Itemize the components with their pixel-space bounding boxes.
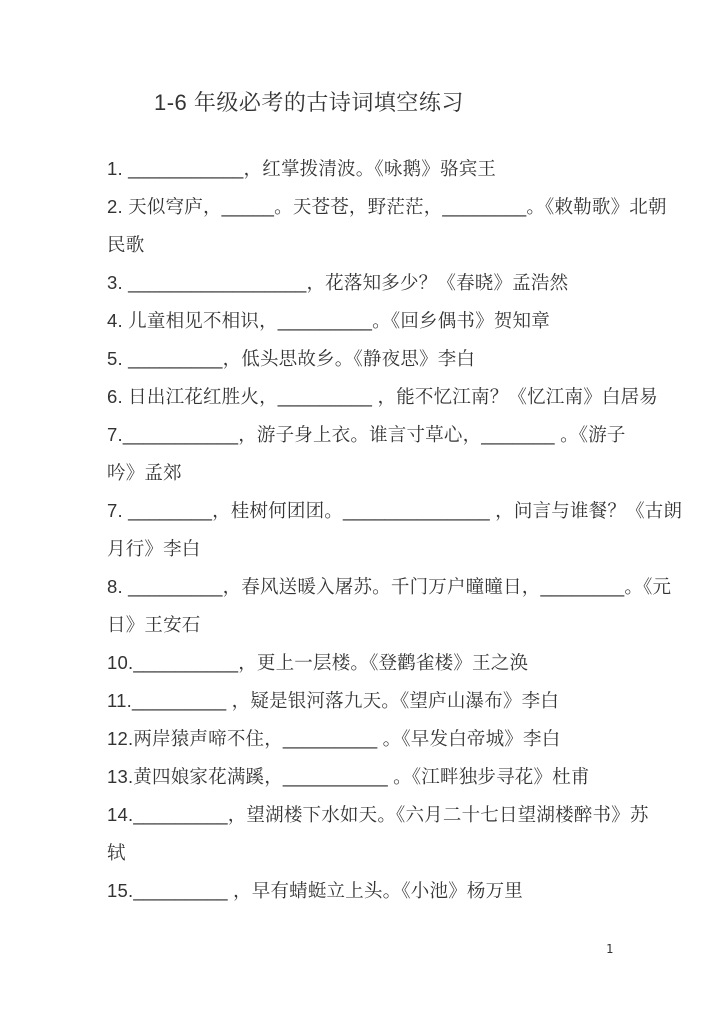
exercise-line: 3. _________________，花落知多少？《春晓》孟浩然 [107, 264, 637, 302]
exercise-item: 13.黄四娘家花满蹊，__________ 。《江畔独步寻花》杜甫 [107, 758, 637, 796]
exercise-item: 1. ___________，红掌拨清波。《咏鹅》骆宾王 [107, 150, 637, 188]
exercise-item: 5. _________，低头思故乡。《静夜思》李白 [107, 340, 637, 378]
exercise-line: 14._________，望湖楼下水如天。《六月二十七日望湖楼醉书》苏 [107, 796, 637, 834]
document-page: 1-6 年级必考的古诗词填空练习 1. ___________，红掌拨清波。《咏… [0, 0, 724, 1024]
page-title: 1-6 年级必考的古诗词填空练习 [154, 88, 464, 118]
exercise-line: 7.___________，游子身上衣。谁言寸草心，_______ 。《游子 [107, 416, 637, 454]
exercise-item: 7.___________，游子身上衣。谁言寸草心，_______ 。《游子吟》… [107, 416, 637, 492]
exercise-list: 1. ___________，红掌拨清波。《咏鹅》骆宾王2. 天似穹庐，____… [107, 150, 637, 910]
exercise-item: 12.两岸猿声啼不住，_________ 。《早发白帝城》李白 [107, 720, 637, 758]
exercise-line: 13.黄四娘家花满蹊，__________ 。《江畔独步寻花》杜甫 [107, 758, 637, 796]
exercise-item: 15._________ ，早有蜻蜓立上头。《小池》杨万里 [107, 872, 637, 910]
exercise-item: 6. 日出江花红胜火，_________ ，能不忆江南？《忆江南》白居易 [107, 378, 637, 416]
exercise-line: 8. _________，春风送暖入屠苏。千门万户曈曈日，________。《元 [107, 568, 637, 606]
exercise-item: 2. 天似穹庐，_____。天苍苍，野茫茫，________。《敕勒歌》北朝民歌 [107, 188, 637, 264]
exercise-line: 2. 天似穹庐，_____。天苍苍，野茫茫，________。《敕勒歌》北朝 [107, 188, 637, 226]
exercise-item: 14._________，望湖楼下水如天。《六月二十七日望湖楼醉书》苏轼 [107, 796, 637, 872]
exercise-item: 4. 儿童相见不相识，_________。《回乡偶书》贺知章 [107, 302, 637, 340]
page-number: 1 [606, 941, 613, 957]
exercise-line: 轼 [107, 834, 637, 872]
exercise-line: 10.__________，更上一层楼。《登鹳雀楼》王之涣 [107, 644, 637, 682]
exercise-item: 8. _________，春风送暖入屠苏。千门万户曈曈日，________。《元… [107, 568, 637, 644]
exercise-line: 吟》孟郊 [107, 454, 637, 492]
exercise-line: 7. ________，桂树何团团。______________ ，问言与谁餐？… [107, 492, 637, 530]
exercise-line: 11._________ ，疑是银河落九天。《望庐山瀑布》李白 [107, 682, 637, 720]
exercise-line: 民歌 [107, 226, 637, 264]
exercise-item: 3. _________________，花落知多少？《春晓》孟浩然 [107, 264, 637, 302]
exercise-line: 5. _________，低头思故乡。《静夜思》李白 [107, 340, 637, 378]
exercise-line: 12.两岸猿声啼不住，_________ 。《早发白帝城》李白 [107, 720, 637, 758]
exercise-line: 1. ___________，红掌拨清波。《咏鹅》骆宾王 [107, 150, 637, 188]
exercise-line: 15._________ ，早有蜻蜓立上头。《小池》杨万里 [107, 872, 637, 910]
exercise-line: 日》王安石 [107, 606, 637, 644]
exercise-line: 4. 儿童相见不相识，_________。《回乡偶书》贺知章 [107, 302, 637, 340]
exercise-item: 11._________ ，疑是银河落九天。《望庐山瀑布》李白 [107, 682, 637, 720]
exercise-line: 月行》李白 [107, 530, 637, 568]
exercise-item: 10.__________，更上一层楼。《登鹳雀楼》王之涣 [107, 644, 637, 682]
exercise-line: 6. 日出江花红胜火，_________ ，能不忆江南？《忆江南》白居易 [107, 378, 637, 416]
exercise-item: 7. ________，桂树何团团。______________ ，问言与谁餐？… [107, 492, 637, 568]
